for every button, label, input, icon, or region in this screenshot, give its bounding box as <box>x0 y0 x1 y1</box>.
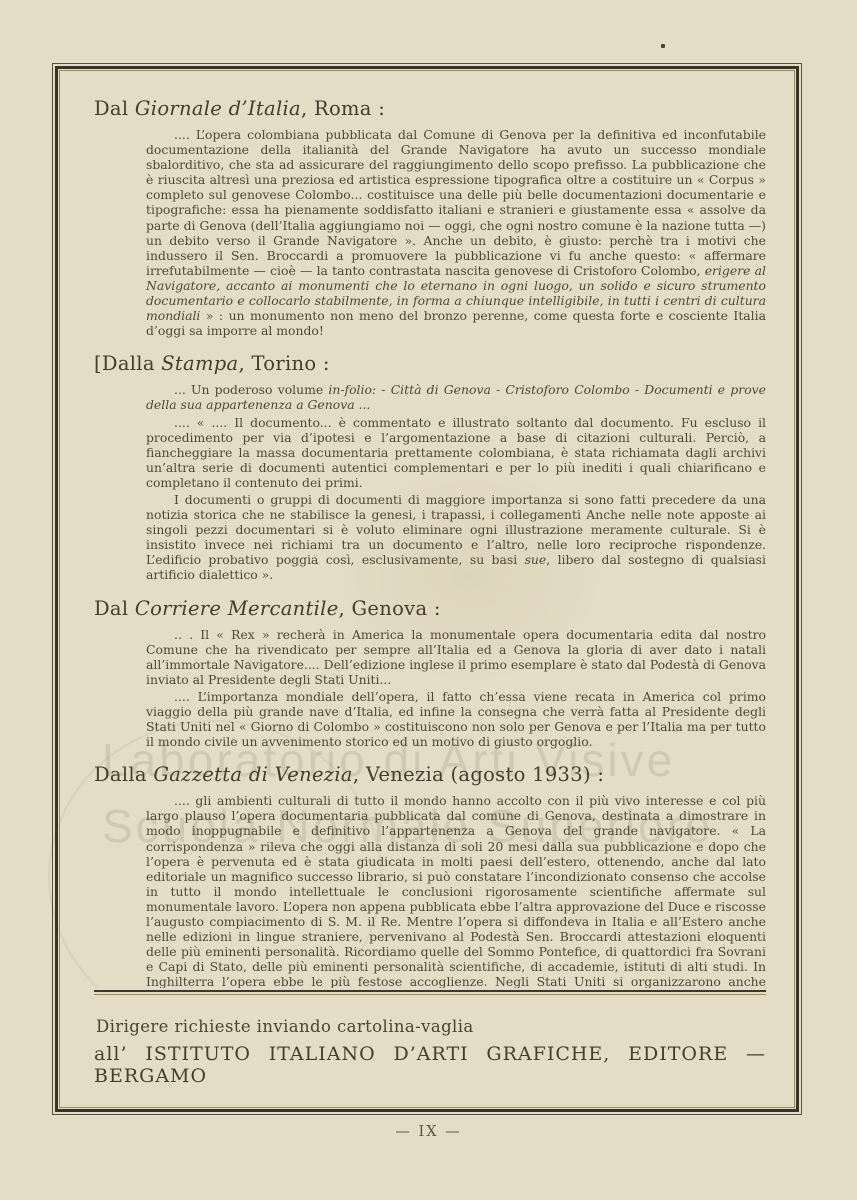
section-heading: Dalla Gazzetta di Venezia, Venezia (agos… <box>94 763 766 786</box>
press-quote-paragraph: .... « .... Il documento... è commentato… <box>146 415 766 490</box>
page-content: Dal Giornale d’Italia, Roma : .... L’ope… <box>60 71 794 999</box>
publisher-footer: Dirigere richieste inviando cartolina-va… <box>94 988 766 1095</box>
page-number: — IX — <box>0 1124 857 1140</box>
section-heading: [Dalla Stampa, Torino : <box>94 352 766 375</box>
section-giornale-ditalia: Dal Giornale d’Italia, Roma : .... L’ope… <box>94 97 766 338</box>
press-quote-paragraph: .. . Il « Rex » recherà in America la mo… <box>146 627 766 687</box>
order-instructions: Dirigere richieste inviando cartolina-va… <box>96 1017 766 1036</box>
press-quote-paragraph: I documenti o gruppi di documenti di mag… <box>146 492 766 583</box>
ink-dot <box>661 44 665 48</box>
press-quote-paragraph: .... L’importanza mondiale dell’opera, i… <box>146 689 766 749</box>
page-border-frame-inner: Dal Giornale d’Italia, Roma : .... L’ope… <box>59 70 795 1108</box>
separator-rule <box>94 990 766 995</box>
publisher-imprint: all’ ISTITUTO ITALIANO D’ARTI GRAFICHE, … <box>94 1043 766 1087</box>
section-corriere-mercantile: Dal Corriere Mercantile, Genova : .. . I… <box>94 597 766 750</box>
page-border-frame: Dal Giornale d’Italia, Roma : .... L’ope… <box>52 63 802 1115</box>
page-border-frame-mid: Dal Giornale d’Italia, Roma : .... L’ope… <box>55 66 799 1112</box>
press-quote-paragraph: .... gli ambienti culturali di tutto il … <box>146 793 766 1004</box>
scanned-book-page: Laboratorio di Arti Visive Scuola Normal… <box>0 0 857 1200</box>
section-heading: Dal Corriere Mercantile, Genova : <box>94 597 766 620</box>
press-quote-paragraph: .... L’opera colombiana pubblicata dal C… <box>146 127 766 338</box>
press-quote-paragraph: ... Un poderoso volume in-folio: - Città… <box>146 382 766 412</box>
section-heading: Dal Giornale d’Italia, Roma : <box>94 97 766 120</box>
section-stampa: [Dalla Stampa, Torino : ... Un poderoso … <box>94 352 766 582</box>
